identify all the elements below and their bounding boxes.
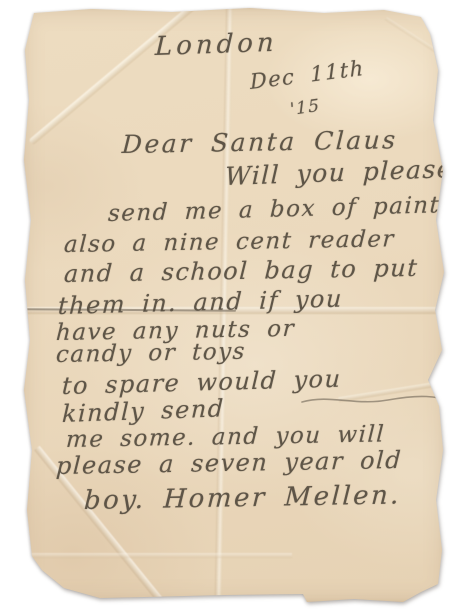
letter-line: candy or toys bbox=[55, 339, 246, 368]
signature-line: boy. Homer Mellen. bbox=[83, 480, 402, 516]
letter-line: send me a box of paints bbox=[107, 192, 446, 227]
letter-line: kindly send bbox=[62, 394, 226, 428]
year-line: '15 bbox=[289, 96, 321, 120]
crease-bottom-faint bbox=[22, 553, 292, 558]
pencil-squiggle-icon bbox=[300, 394, 446, 408]
crease-top-left bbox=[28, 8, 207, 145]
letter-line: Will you please bbox=[224, 154, 446, 191]
letter-line: please a seven year old bbox=[55, 446, 403, 480]
letter-line: also a nine cent reader bbox=[63, 226, 395, 258]
letter-line: them in. and if you bbox=[57, 285, 343, 321]
letter-paper-shadow: London Dec 11th '15 Dear Santa Claus Wil… bbox=[22, 8, 446, 602]
salutation-line: Dear Santa Claus bbox=[121, 125, 398, 159]
place-line: London bbox=[154, 28, 278, 62]
crease-top-right bbox=[385, 17, 446, 60]
date-line: Dec 11th bbox=[249, 56, 365, 94]
letter-paper: London Dec 11th '15 Dear Santa Claus Wil… bbox=[22, 8, 446, 602]
photo-background: London Dec 11th '15 Dear Santa Claus Wil… bbox=[0, 0, 457, 612]
letter-line: and a school bag to put bbox=[63, 254, 419, 288]
